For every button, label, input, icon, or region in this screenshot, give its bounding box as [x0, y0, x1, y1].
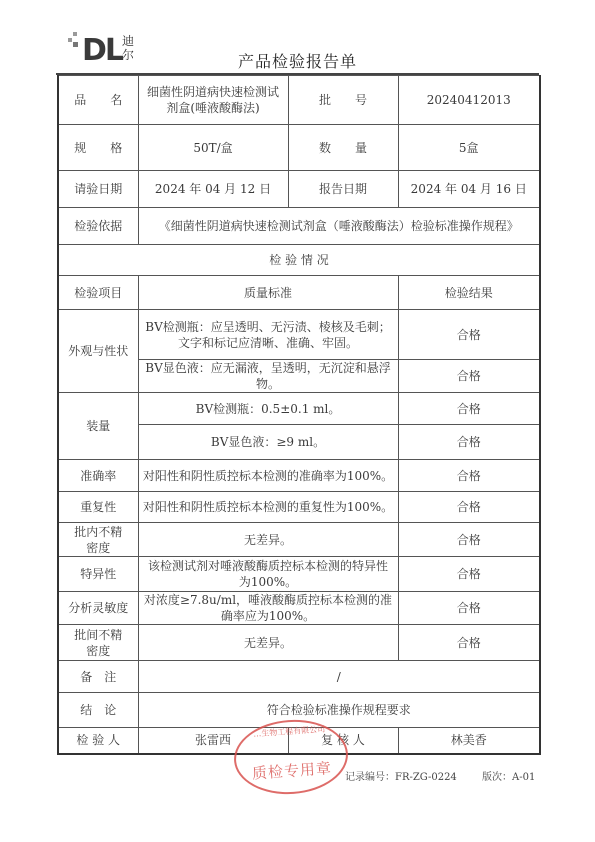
table-row: 批间不精密度 无差异。 合格: [58, 625, 540, 661]
standard-cell: 对阳性和阴性质控标本检测的准确率为100%。: [138, 460, 398, 492]
result-cell: 合格: [398, 360, 540, 393]
standard-cell: BV显色液：应无漏液，呈透明，无沉淀和悬浮物。: [138, 360, 398, 393]
report-date-value: 2024 年 04 月 16 日: [398, 171, 540, 208]
table-row: 特异性 该检测试剂对唾液酸酶质控标本检测的特异性为100%。 合格: [58, 557, 540, 592]
page-title: 产品检验报告单: [0, 49, 595, 72]
standard-cell: BV显色液：≥9 ml。: [138, 425, 398, 460]
report-table: 品 名 细菌性阴道病快速检测试剂盒(唾液酸酶法) 批 号 20240412013…: [57, 75, 541, 755]
result-cell: 合格: [398, 592, 540, 625]
record-number: 记录编号：FR-ZG-0224: [345, 772, 457, 783]
basis-label: 检验依据: [58, 208, 138, 245]
product-name-label: 品 名: [58, 76, 138, 125]
logo-cn-1: 迪: [122, 34, 134, 48]
result-cell: 合格: [398, 310, 540, 360]
table-row: 装量 BV检测瓶：0.5±0.1 ml。 合格: [58, 393, 540, 425]
col-header-result: 检验结果: [398, 276, 540, 310]
quantity-value: 5盒: [398, 125, 540, 171]
reviewer-value: 林美香: [398, 728, 540, 754]
item-cell: 装量: [58, 393, 138, 460]
table-row: 准确率 对阳性和阴性质控标本检测的准确率为100%。 合格: [58, 460, 540, 492]
result-cell: 合格: [398, 393, 540, 425]
table-row: 品 名 细菌性阴道病快速检测试剂盒(唾液酸酶法) 批 号 20240412013: [58, 76, 540, 125]
table-row: 批内不精密度 无差异。 合格: [58, 523, 540, 557]
result-cell: 合格: [398, 523, 540, 557]
result-cell: 合格: [398, 425, 540, 460]
table-row: 分析灵敏度 对浓度≥7.8u/ml，唾液酸酶质控标本检测的准确率应为100%。 …: [58, 592, 540, 625]
table-row: 重复性 对阳性和阴性质控标本检测的重复性为100%。 合格: [58, 492, 540, 523]
item-cell: 外观与性状: [58, 310, 138, 393]
item-cell: 特异性: [58, 557, 138, 592]
col-header-item: 检验项目: [58, 276, 138, 310]
remarks-label: 备 注: [58, 661, 138, 693]
section-title: 检 验 情 况: [58, 245, 540, 276]
item-cell: 批内不精密度: [58, 523, 138, 557]
inspector-label: 检 验 人: [58, 728, 138, 754]
batch-value: 20240412013: [398, 76, 540, 125]
logo-pixel: [73, 32, 77, 36]
conclusion-value: 符合检验标准操作规程要求: [138, 693, 540, 728]
version: 版次：A-01: [482, 772, 535, 783]
logo-pixel: [68, 38, 72, 42]
table-row: 外观与性状 BV检测瓶：应呈透明、无污渍、棱核及毛刺；文字和标记应清晰、准确、牢…: [58, 310, 540, 360]
standard-cell: BV检测瓶：应呈透明、无污渍、棱核及毛刺；文字和标记应清晰、准确、牢固。: [138, 310, 398, 360]
spec-label: 规 格: [58, 125, 138, 171]
conclusion-label: 结 论: [58, 693, 138, 728]
spec-value: 50T/盒: [138, 125, 288, 171]
standard-cell: 该检测试剂对唾液酸酶质控标本检测的特异性为100%。: [138, 557, 398, 592]
report-date-label: 报告日期: [288, 171, 398, 208]
batch-label: 批 号: [288, 76, 398, 125]
footer: 记录编号：FR-ZG-0224 版次：A-01: [345, 768, 557, 783]
product-name-value: 细菌性阴道病快速检测试剂盒(唾液酸酶法): [138, 76, 288, 125]
table-row: 备 注 /: [58, 661, 540, 693]
item-cell: 分析灵敏度: [58, 592, 138, 625]
standard-cell: 无差异。: [138, 523, 398, 557]
result-cell: 合格: [398, 625, 540, 661]
standard-cell: 对浓度≥7.8u/ml，唾液酸酶质控标本检测的准确率应为100%。: [138, 592, 398, 625]
quantity-label: 数 量: [288, 125, 398, 171]
standard-cell: 无差异。: [138, 625, 398, 661]
logo-pixel: [73, 42, 78, 47]
col-header-standard: 质量标准: [138, 276, 398, 310]
item-cell: 批间不精密度: [58, 625, 138, 661]
table-row: 规 格 50T/盒 数 量 5盒: [58, 125, 540, 171]
standard-cell: BV检测瓶：0.5±0.1 ml。: [138, 393, 398, 425]
item-cell: 准确率: [58, 460, 138, 492]
standard-cell: 对阳性和阴性质控标本检测的重复性为100%。: [138, 492, 398, 523]
basis-value: 《细菌性阴道病快速检测试剂盒（唾液酸酶法）检验标准操作规程》: [138, 208, 540, 245]
table-row: 请验日期 2024 年 04 月 12 日 报告日期 2024 年 04 月 1…: [58, 171, 540, 208]
table-header-row: 检验项目 质量标准 检验结果: [58, 276, 540, 310]
quality-inspection-stamp: …生物工程有限公司 质检专用章: [232, 716, 351, 798]
request-date-value: 2024 年 04 月 12 日: [138, 171, 288, 208]
result-cell: 合格: [398, 492, 540, 523]
result-cell: 合格: [398, 460, 540, 492]
result-cell: 合格: [398, 557, 540, 592]
item-cell: 重复性: [58, 492, 138, 523]
remarks-value: /: [138, 661, 540, 693]
stamp-label: 质检专用章: [236, 756, 347, 785]
table-row: 检 验 情 况: [58, 245, 540, 276]
request-date-label: 请验日期: [58, 171, 138, 208]
table-row: 检验依据 《细菌性阴道病快速检测试剂盒（唾液酸酶法）检验标准操作规程》: [58, 208, 540, 245]
